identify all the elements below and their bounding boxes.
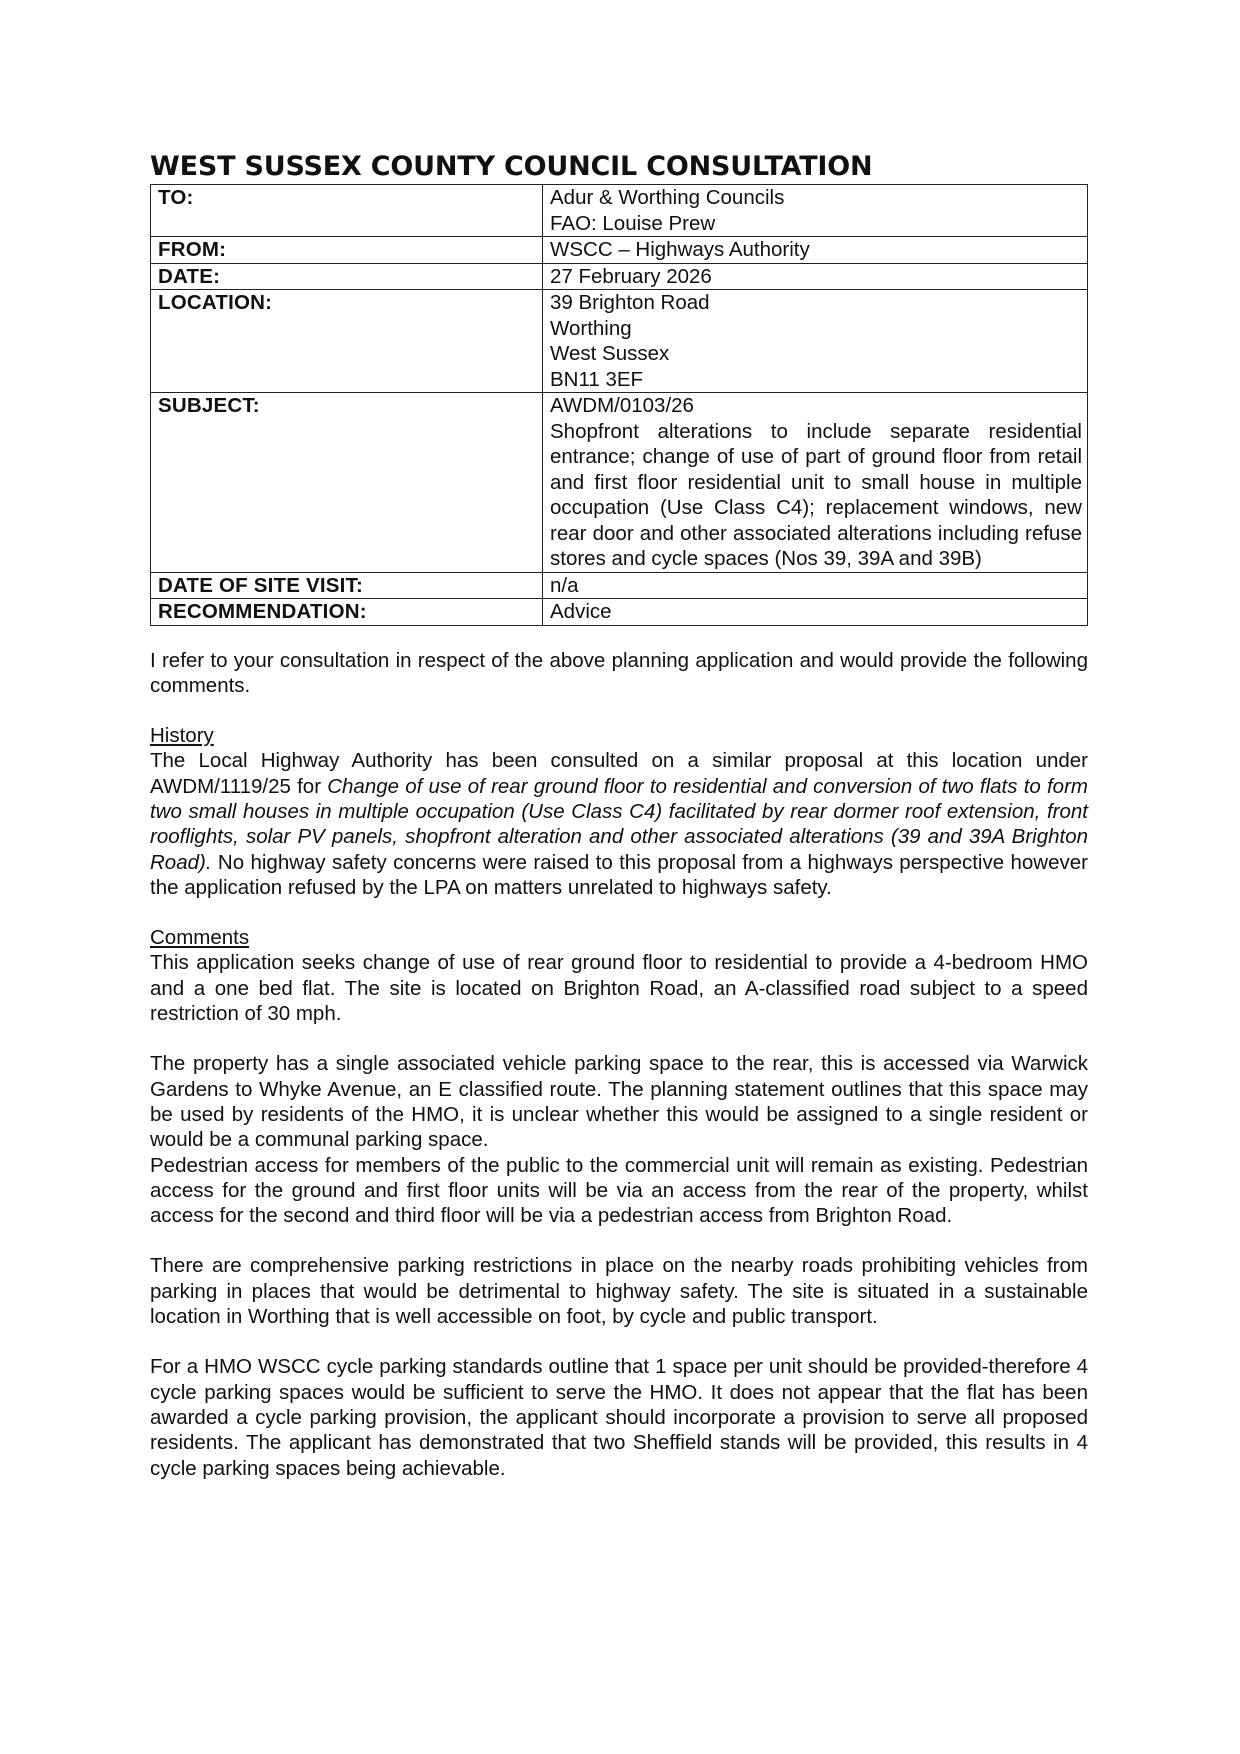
date-label: DATE: [151, 263, 543, 290]
recommendation-label: RECOMMENDATION: [151, 599, 543, 626]
history-section: History The Local Highway Authority has … [150, 723, 1088, 900]
location-value: 39 Brighton Road Worthing West Sussex BN… [543, 290, 1088, 393]
table-row-date: DATE: 27 February 2026 [151, 263, 1088, 290]
comments-paragraph: The property has a single associated veh… [150, 1051, 1088, 1152]
table-row-location: LOCATION: 39 Brighton Road Worthing West… [151, 290, 1088, 393]
comments-paragraph: Pedestrian access for members of the pub… [150, 1153, 1088, 1229]
document-page: WEST SUSSEX COUNTY COUNCIL CONSULTATION … [150, 150, 1088, 1481]
consultation-details-table: TO: Adur & Worthing Councils FAO: Louise… [150, 184, 1088, 626]
to-line: Adur & Worthing Councils [550, 185, 1082, 211]
subject-label: SUBJECT: [151, 393, 543, 573]
comments-paragraph: This application seeks change of use of … [150, 950, 1088, 1026]
to-value: Adur & Worthing Councils FAO: Louise Pre… [543, 185, 1088, 237]
date-value: 27 February 2026 [543, 263, 1088, 290]
table-row-to: TO: Adur & Worthing Councils FAO: Louise… [151, 185, 1088, 237]
table-row-subject: SUBJECT: AWDM/0103/26 Shopfront alterati… [151, 393, 1088, 573]
subject-description: Shopfront alterations to include separat… [550, 419, 1082, 572]
recommendation-value: Advice [543, 599, 1088, 626]
location-line: West Sussex [550, 341, 1082, 367]
document-title: WEST SUSSEX COUNTY COUNCIL CONSULTATION [150, 150, 1088, 184]
location-line: 39 Brighton Road [550, 290, 1082, 316]
comments-heading: Comments [150, 925, 1088, 950]
site-visit-label: DATE OF SITE VISIT: [151, 572, 543, 599]
location-label: LOCATION: [151, 290, 543, 393]
history-heading: History [150, 723, 1088, 748]
comments-section: Comments This application seeks change o… [150, 925, 1088, 1481]
site-visit-value: n/a [543, 572, 1088, 599]
table-row-recommendation: RECOMMENDATION: Advice [151, 599, 1088, 626]
table-row-site-visit: DATE OF SITE VISIT: n/a [151, 572, 1088, 599]
location-line: Worthing [550, 316, 1082, 342]
history-text-after: No highway safety concerns were raised t… [150, 851, 1088, 899]
comments-paragraph: For a HMO WSCC cycle parking standards o… [150, 1354, 1088, 1480]
comments-paragraph: There are comprehensive parking restrict… [150, 1253, 1088, 1329]
subject-value: AWDM/0103/26 Shopfront alterations to in… [543, 393, 1088, 573]
to-line: FAO: Louise Prew [550, 211, 1082, 237]
subject-reference: AWDM/0103/26 [550, 393, 1082, 419]
document-body: I refer to your consultation in respect … [150, 648, 1088, 1481]
history-paragraph: The Local Highway Authority has been con… [150, 748, 1088, 900]
location-line: BN11 3EF [550, 367, 1082, 393]
intro-paragraph: I refer to your consultation in respect … [150, 648, 1088, 699]
from-value: WSCC – Highways Authority [543, 237, 1088, 264]
from-label: FROM: [151, 237, 543, 264]
to-label: TO: [151, 185, 543, 237]
table-row-from: FROM: WSCC – Highways Authority [151, 237, 1088, 264]
